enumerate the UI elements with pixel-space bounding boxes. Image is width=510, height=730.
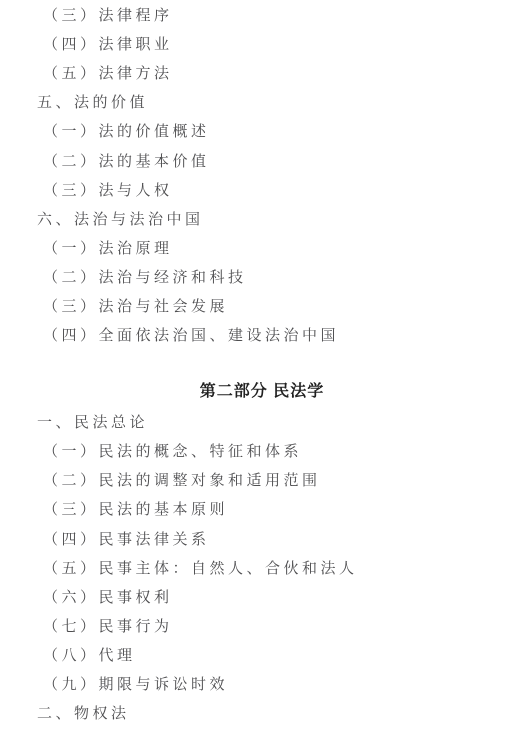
toc-line: （五）民事主体：自然人、合伙和法人 [0,553,510,582]
toc-line: （九）期限与诉讼时效 [0,669,510,698]
toc-line: （四）全面依法治国、建设法治中国 [0,320,510,349]
toc-line: （二）法治与经济和科技 [0,262,510,291]
toc-line: 五、法的价值 [0,87,510,116]
toc-part-one: （三）法律程序（四）法律职业（五）法律方法五、法的价值（一）法的价值概述（二）法… [0,0,510,349]
toc-line: （二）民法的调整对象和适用范围 [0,465,510,494]
document-page: （三）法律程序（四）法律职业（五）法律方法五、法的价值（一）法的价值概述（二）法… [0,0,510,730]
section-heading: 第二部分 民法学 [0,377,510,407]
toc-line: （四）法律职业 [0,29,510,58]
toc-line: （二）法的基本价值 [0,145,510,174]
toc-line: （一）法治原理 [0,233,510,262]
toc-part-two: 一、民法总论（一）民法的概念、特征和体系（二）民法的调整对象和适用范围（三）民法… [0,407,510,727]
toc-line: （七）民事行为 [0,611,510,640]
toc-line: （六）民事权利 [0,582,510,611]
toc-line: 二、物权法 [0,698,510,727]
toc-line: 六、法治与法治中国 [0,204,510,233]
toc-line: （八）代理 [0,640,510,669]
toc-line: （五）法律方法 [0,58,510,87]
toc-line: （三）法治与社会发展 [0,291,510,320]
toc-line: （三）民法的基本原则 [0,494,510,523]
toc-line: （三）法律程序 [0,0,510,29]
toc-line: 一、民法总论 [0,407,510,436]
toc-line: （一）法的价值概述 [0,116,510,145]
toc-line: （一）民法的概念、特征和体系 [0,436,510,465]
toc-line: （三）法与人权 [0,175,510,204]
toc-line: （四）民事法律关系 [0,524,510,553]
